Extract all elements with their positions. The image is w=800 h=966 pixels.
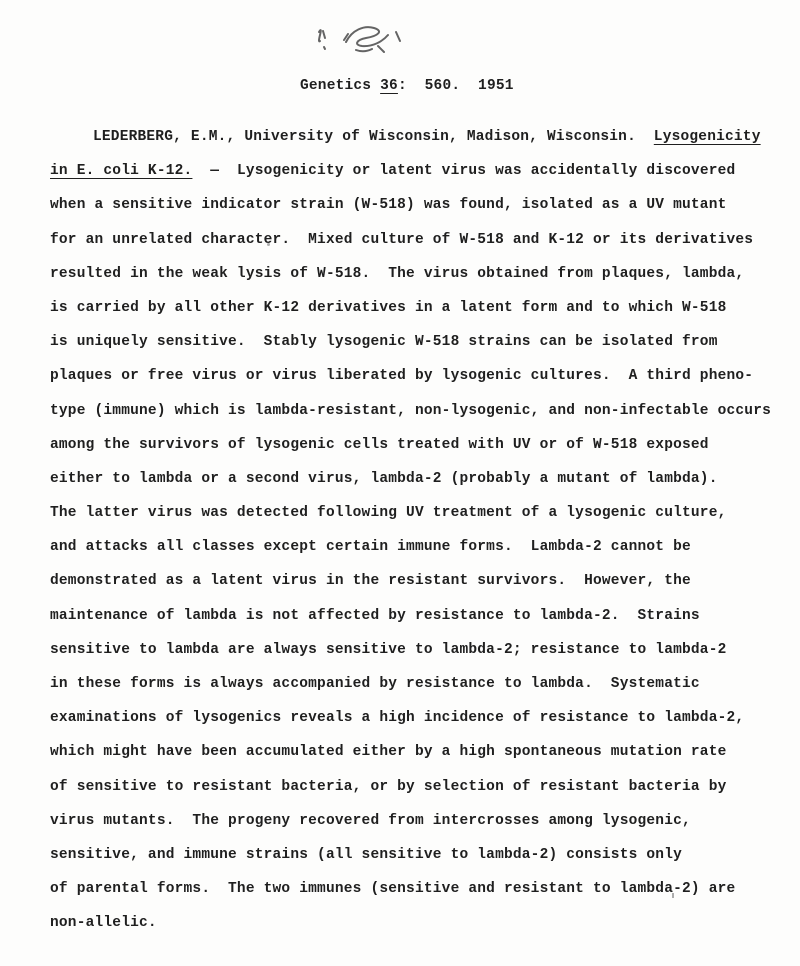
scan-speckle (566, 131, 569, 134)
text-line: type (immune) which is lambda-resistant,… (50, 394, 780, 428)
text-line: examinations of lysogenics reveals a hig… (50, 701, 780, 735)
text-line: of parental forms. The two immunes (sens… (50, 872, 780, 906)
text-line: in these forms is always accompanied by … (50, 667, 780, 701)
text-line: which might have been accumulated either… (50, 735, 780, 769)
text-line: LEDERBERG, E.M., University of Wisconsin… (50, 120, 780, 154)
scan-speckle (267, 243, 270, 246)
text-run: resulted in the weak lysis of W-518. The… (50, 266, 744, 282)
pencil-scribble-icon (312, 20, 408, 64)
text-run: Genetics (300, 78, 380, 94)
text-line: is uniquely sensitive. Stably lysogenic … (50, 325, 780, 359)
text-line: virus mutants. The progeny recovered fro… (50, 804, 780, 838)
text-run: is uniquely sensitive. Stably lysogenic … (50, 334, 718, 350)
text-run: in these forms is always accompanied by … (50, 676, 700, 692)
text-line: The latter virus was detected following … (50, 496, 780, 530)
text-run: — Lysogenicity or latent virus was accid… (192, 163, 735, 179)
text-run: of parental forms. The two immunes (sens… (50, 881, 735, 897)
text-run: : 560. 1951 (398, 78, 514, 94)
text-line: maintenance of lambda is not affected by… (50, 599, 780, 633)
text-line: and attacks all classes except certain i… (50, 530, 780, 564)
text-line: either to lambda or a second virus, lamb… (50, 462, 780, 496)
text-run: is carried by all other K-12 derivatives… (50, 300, 727, 316)
text-run: either to lambda or a second virus, lamb… (50, 471, 718, 487)
text-run: LEDERBERG, E.M., University of Wisconsin… (93, 129, 654, 145)
text-run: type (immune) which is lambda-resistant,… (50, 403, 771, 419)
text-run: among the survivors of lysogenic cells t… (50, 437, 709, 453)
abstract-text: LEDERBERG, E.M., University of Wisconsin… (50, 120, 780, 941)
text-run: for an unrelated character. Mixed cultur… (50, 232, 753, 248)
text-line: for an unrelated character. Mixed cultur… (50, 223, 780, 257)
text-run: The latter virus was detected following … (50, 505, 727, 521)
text-run: sensitive to lambda are always sensitive… (50, 642, 727, 658)
underlined-text: Lysogenicity (654, 129, 761, 145)
text-run: examinations of lysogenics reveals a hig… (50, 710, 744, 726)
text-run: non-allelic. (50, 915, 157, 931)
text-line: demonstrated as a latent virus in the re… (50, 564, 780, 598)
underlined-text: in E. coli K-12. (50, 163, 192, 179)
document-page: Genetics 36: 560. 1951 LEDERBERG, E.M., … (0, 0, 800, 966)
text-line: sensitive to lambda are always sensitive… (50, 633, 780, 667)
text-line: in E. coli K-12. — Lysogenicity or laten… (50, 154, 780, 188)
text-line: of sensitive to resistant bacteria, or b… (50, 770, 780, 804)
text-run: demonstrated as a latent virus in the re… (50, 573, 691, 589)
handwritten-mark (312, 20, 408, 64)
text-run: maintenance of lambda is not affected by… (50, 608, 700, 624)
journal-citation: Genetics 36: 560. 1951 (300, 78, 514, 94)
text-line: among the survivors of lysogenic cells t… (50, 428, 780, 462)
text-run: of sensitive to resistant bacteria, or b… (50, 779, 727, 795)
text-run: virus mutants. The progeny recovered fro… (50, 813, 691, 829)
text-line: plaques or free virus or virus liberated… (50, 359, 780, 393)
text-run: sensitive, and immune strains (all sensi… (50, 847, 682, 863)
text-run: which might have been accumulated either… (50, 744, 727, 760)
text-line: resulted in the weak lysis of W-518. The… (50, 257, 780, 291)
text-line: non-allelic. (50, 906, 780, 940)
text-line: when a sensitive indicator strain (W-518… (50, 188, 780, 222)
scan-speckle (672, 893, 674, 898)
text-run: plaques or free virus or virus liberated… (50, 368, 753, 384)
underlined-text: 36 (380, 78, 398, 94)
text-line: is carried by all other K-12 derivatives… (50, 291, 780, 325)
text-line: sensitive, and immune strains (all sensi… (50, 838, 780, 872)
text-run: when a sensitive indicator strain (W-518… (50, 197, 727, 213)
text-run: and attacks all classes except certain i… (50, 539, 691, 555)
